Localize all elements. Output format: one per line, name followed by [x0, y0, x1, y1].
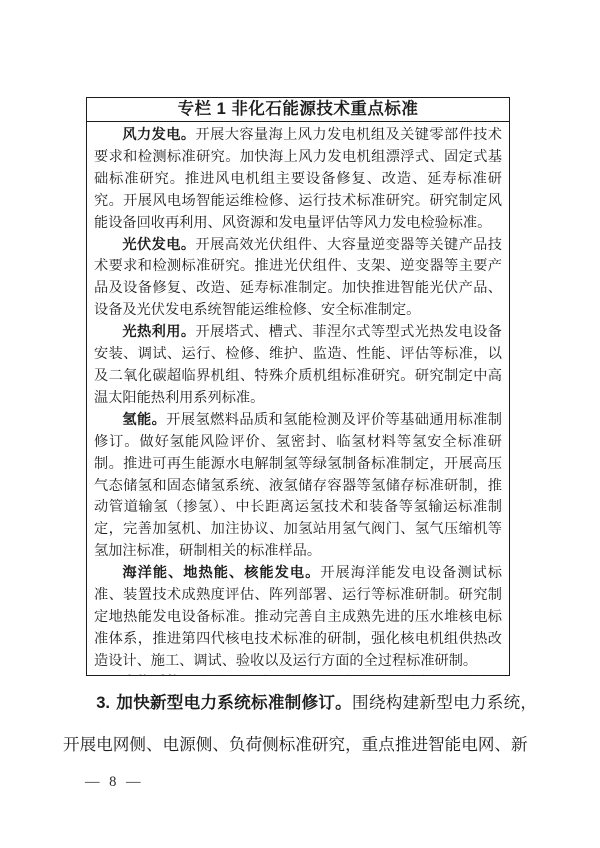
- paragraph-lead: 风力发电。: [122, 127, 195, 143]
- panel-paragraph-solar-thermal: 光热利用。开展塔式、槽式、菲涅尔式等型式光热发电设备安装、调试、运行、检修、维护…: [94, 322, 502, 410]
- panel-body: 风力发电。开展大容量海上风力发电机组及关键零部件技术要求和检测标准研究。加快海上…: [87, 122, 509, 676]
- paragraph-lead: 海洋能、地热能、核能发电。: [122, 565, 320, 581]
- panel-paragraph-solar-pv: 光伏发电。开展高效光伏组件、大容量逆变器等关键产品技术要求和检测标准研究。推进光…: [94, 235, 502, 323]
- paragraph-lead: 光伏发电。: [122, 237, 195, 253]
- panel-paragraph-hydrogen: 氢能。开展氢燃料品质和氢能检测及评价等基础通用标准制修订。做好氢能风险评价、氢密…: [94, 410, 502, 563]
- panel-paragraph-wind: 风力发电。开展大容量海上风力发电机组及关键零部件技术要求和检测标准研究。加快海上…: [94, 125, 502, 235]
- paragraph-lead: 生物质能。: [122, 675, 195, 676]
- page-number: — 8 —: [85, 774, 144, 791]
- item-number: 3.: [96, 693, 110, 712]
- paragraph-lead: 光热利用。: [122, 324, 195, 340]
- item-heading: 加快新型电力系统标准制修订。: [116, 693, 352, 712]
- body-item-3: 3.加快新型电力系统标准制修订。围绕构建新型电力系统，开展电网侧、电源侧、负荷侧…: [63, 682, 537, 766]
- document-page: 专栏 1 非化石能源技术重点标准 风力发电。开展大容量海上风力发电机组及关键零部…: [0, 0, 600, 848]
- standards-panel: 专栏 1 非化石能源技术重点标准 风力发电。开展大容量海上风力发电机组及关键零部…: [86, 97, 510, 676]
- paragraph-lead: 氢能。: [122, 412, 166, 428]
- panel-paragraph-biomass: 生物质能。推进生物质成型燃料及专用设备（炉膛、进料系统、排料系统、户用灶具）标准…: [94, 673, 502, 676]
- panel-title: 专栏 1 非化石能源技术重点标准: [87, 98, 509, 122]
- panel-paragraph-ocean-geo-nuclear: 海洋能、地热能、核能发电。开展海洋能发电设备测试标准、装置技术成熟度评估、阵列部…: [94, 563, 502, 673]
- paragraph-text: 开展氢燃料品质和氢能检测及评价等基础通用标准制修订。做好氢能风险评价、氢密封、临…: [94, 412, 502, 559]
